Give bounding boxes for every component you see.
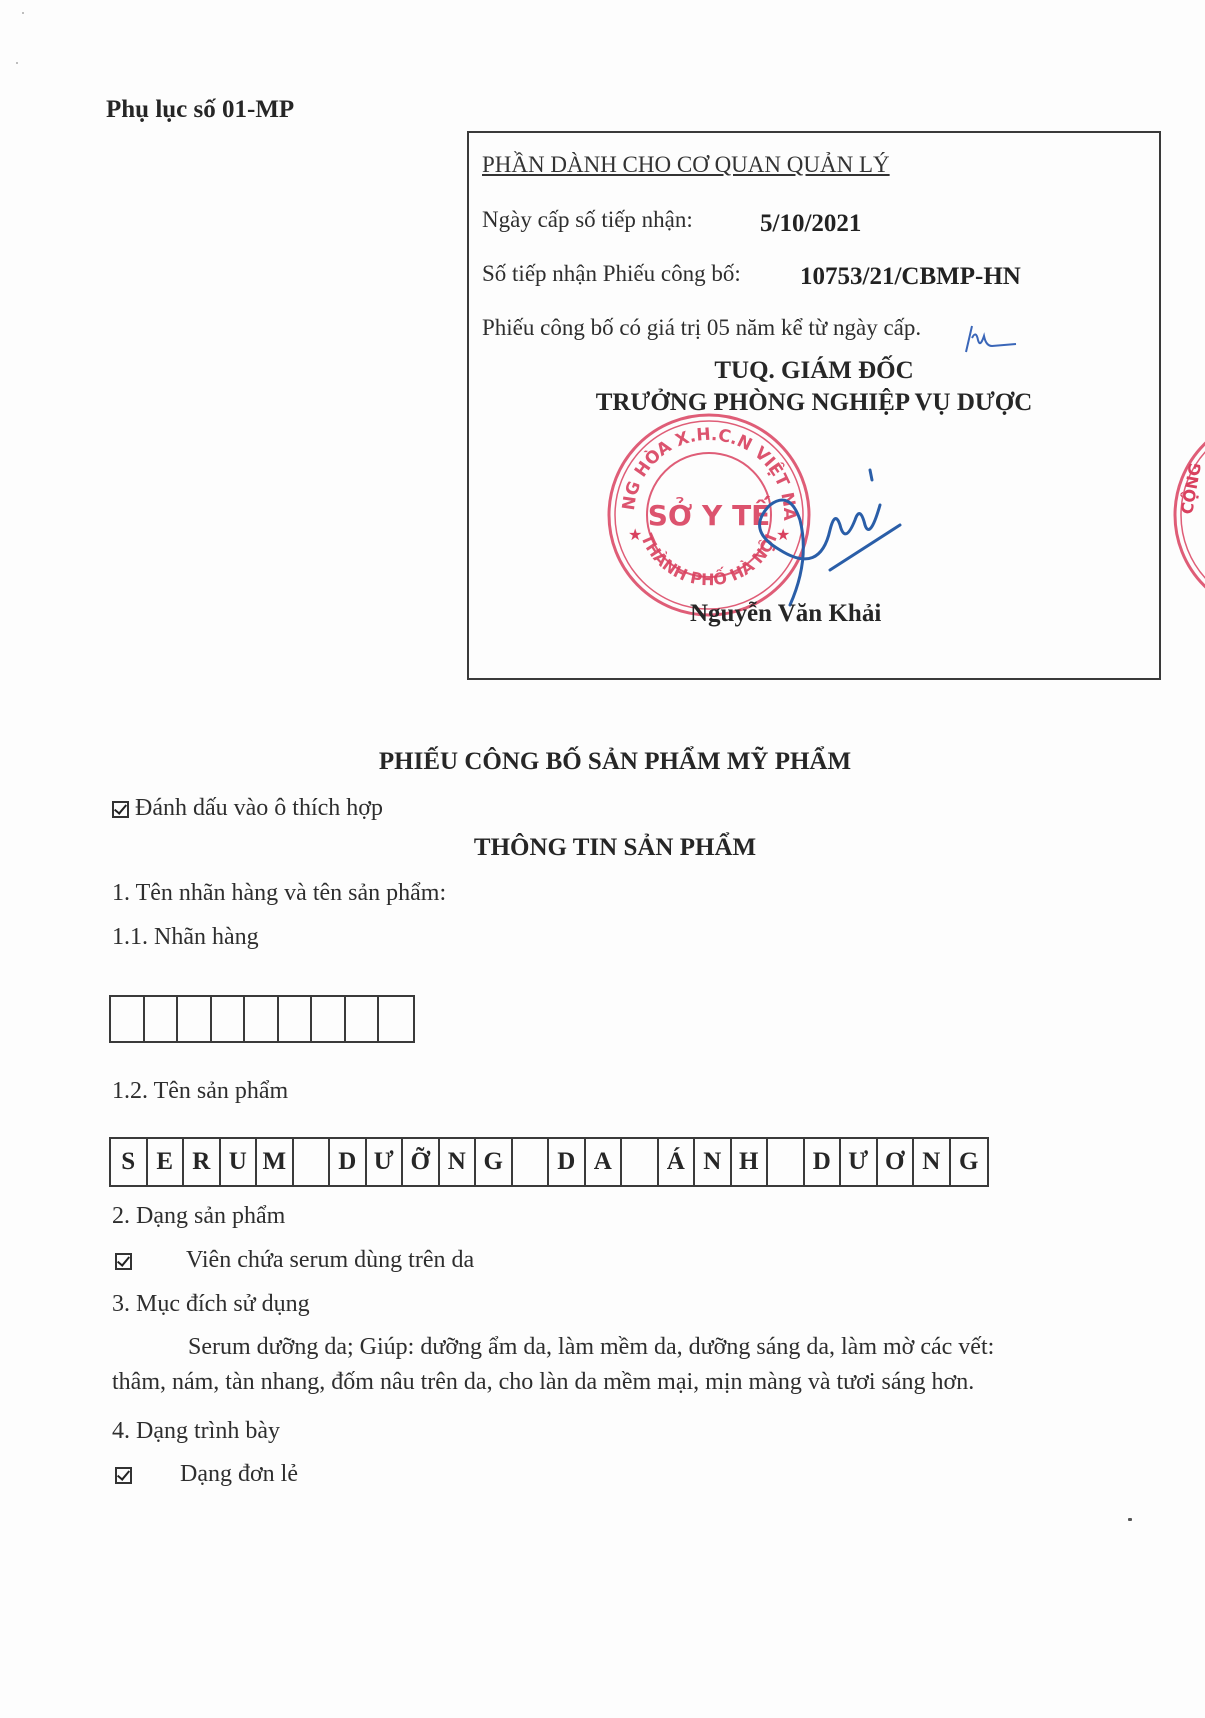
- letter-cell: R: [184, 1139, 221, 1185]
- letter-cell: U: [221, 1139, 258, 1185]
- letter-cell: G: [476, 1139, 513, 1185]
- letter-cell: S: [111, 1139, 148, 1185]
- receipt-number-label: Số tiếp nhận Phiếu công bố:: [482, 261, 741, 287]
- letter-cell: N: [695, 1139, 732, 1185]
- form-title: PHIẾU CÔNG BỐ SẢN PHẨM MỸ PHẨM: [0, 748, 1205, 776]
- letter-cell: H: [732, 1139, 769, 1185]
- checkbox-checked-icon: [112, 801, 129, 818]
- letter-cell: M: [257, 1139, 294, 1185]
- question-1-1-label: 1.1. Nhãn hàng: [112, 924, 259, 951]
- question-1-2-label: 1.2. Tên sản phẩm: [112, 1078, 288, 1105]
- signature-icon: [720, 450, 920, 610]
- signatory-line-2: TRƯỞNG PHÒNG NGHIỆP VỤ DƯỢC: [467, 389, 1161, 417]
- checkbox-checked-icon[interactable]: [115, 1253, 132, 1270]
- letter-cell: D: [330, 1139, 367, 1185]
- usage-purpose-line-2: thâm, nám, tàn nhang, đốm nâu trên da, c…: [112, 1369, 974, 1396]
- checkbox-checked-icon[interactable]: [115, 1467, 132, 1484]
- letter-cell: E: [148, 1139, 185, 1185]
- usage-purpose-line-1: Serum dưỡng da; Giúp: dưỡng ẩm da, làm m…: [188, 1334, 994, 1361]
- question-2-label: 2. Dạng sản phẩm: [112, 1203, 285, 1230]
- product-form-option: Viên chứa serum dùng trên da: [115, 1247, 474, 1274]
- letter-cell: Á: [659, 1139, 696, 1185]
- letter-cell: Ư: [367, 1139, 404, 1185]
- letter-cell: [245, 997, 279, 1041]
- letter-cell: Ơ: [878, 1139, 915, 1185]
- appendix-label: Phụ lục số 01-MP: [106, 96, 294, 124]
- letter-cell: N: [440, 1139, 477, 1185]
- letter-cell: Ư: [841, 1139, 878, 1185]
- letter-cell: [346, 997, 380, 1041]
- check-instruction: Đánh dấu vào ô thích hợp: [112, 795, 383, 822]
- letter-cell: A: [586, 1139, 623, 1185]
- letter-cell: Ỡ: [403, 1139, 440, 1185]
- section-title: THÔNG TIN SẢN PHẨM: [0, 834, 1205, 862]
- letter-cell: D: [549, 1139, 586, 1185]
- letter-cell: [294, 1139, 331, 1185]
- partial-stamp-icon: CỘNG: [1170, 410, 1205, 620]
- validity-note: Phiếu công bố có giá trị 05 năm kể từ ng…: [482, 315, 921, 341]
- svg-text:★: ★: [628, 527, 642, 544]
- issue-date-value: 5/10/2021: [760, 210, 861, 238]
- question-4-label: 4. Dạng trình bày: [112, 1418, 280, 1445]
- letter-cell: [178, 997, 212, 1041]
- letter-cell: [145, 997, 179, 1041]
- letter-cell: D: [805, 1139, 842, 1185]
- letter-cell: [279, 997, 313, 1041]
- letter-cell: N: [914, 1139, 951, 1185]
- letter-cell: [513, 1139, 550, 1185]
- question-1-label: 1. Tên nhãn hàng và tên sản phẩm:: [112, 880, 446, 907]
- issue-date-label: Ngày cấp số tiếp nhận:: [482, 207, 693, 233]
- letter-cell: [622, 1139, 659, 1185]
- receipt-number-value: 10753/21/CBMP-HN: [800, 263, 1021, 291]
- presentation-option: Dạng đơn lẻ: [115, 1461, 298, 1488]
- signatory-line-1: TUQ. GIÁM ĐỐC: [467, 357, 1161, 385]
- signer-name: Nguyễn Văn Khải: [690, 600, 881, 628]
- letter-cell: [111, 997, 145, 1041]
- letter-cell: [379, 997, 413, 1041]
- svg-text:CỘNG: CỘNG: [1176, 461, 1205, 516]
- initials-mark-icon: [958, 318, 1020, 358]
- question-3-label: 3. Mục đích sử dụng: [112, 1291, 310, 1318]
- letter-cell: [768, 1139, 805, 1185]
- letter-cell: [212, 997, 246, 1041]
- brand-name-cells: [109, 995, 415, 1043]
- letter-cell: [312, 997, 346, 1041]
- letter-cell: G: [951, 1139, 988, 1185]
- admin-section-title: PHẦN DÀNH CHO CƠ QUAN QUẢN LÝ: [482, 152, 890, 178]
- product-name-cells: SERUMDƯỠNGDAÁNHDƯƠNG: [109, 1137, 989, 1187]
